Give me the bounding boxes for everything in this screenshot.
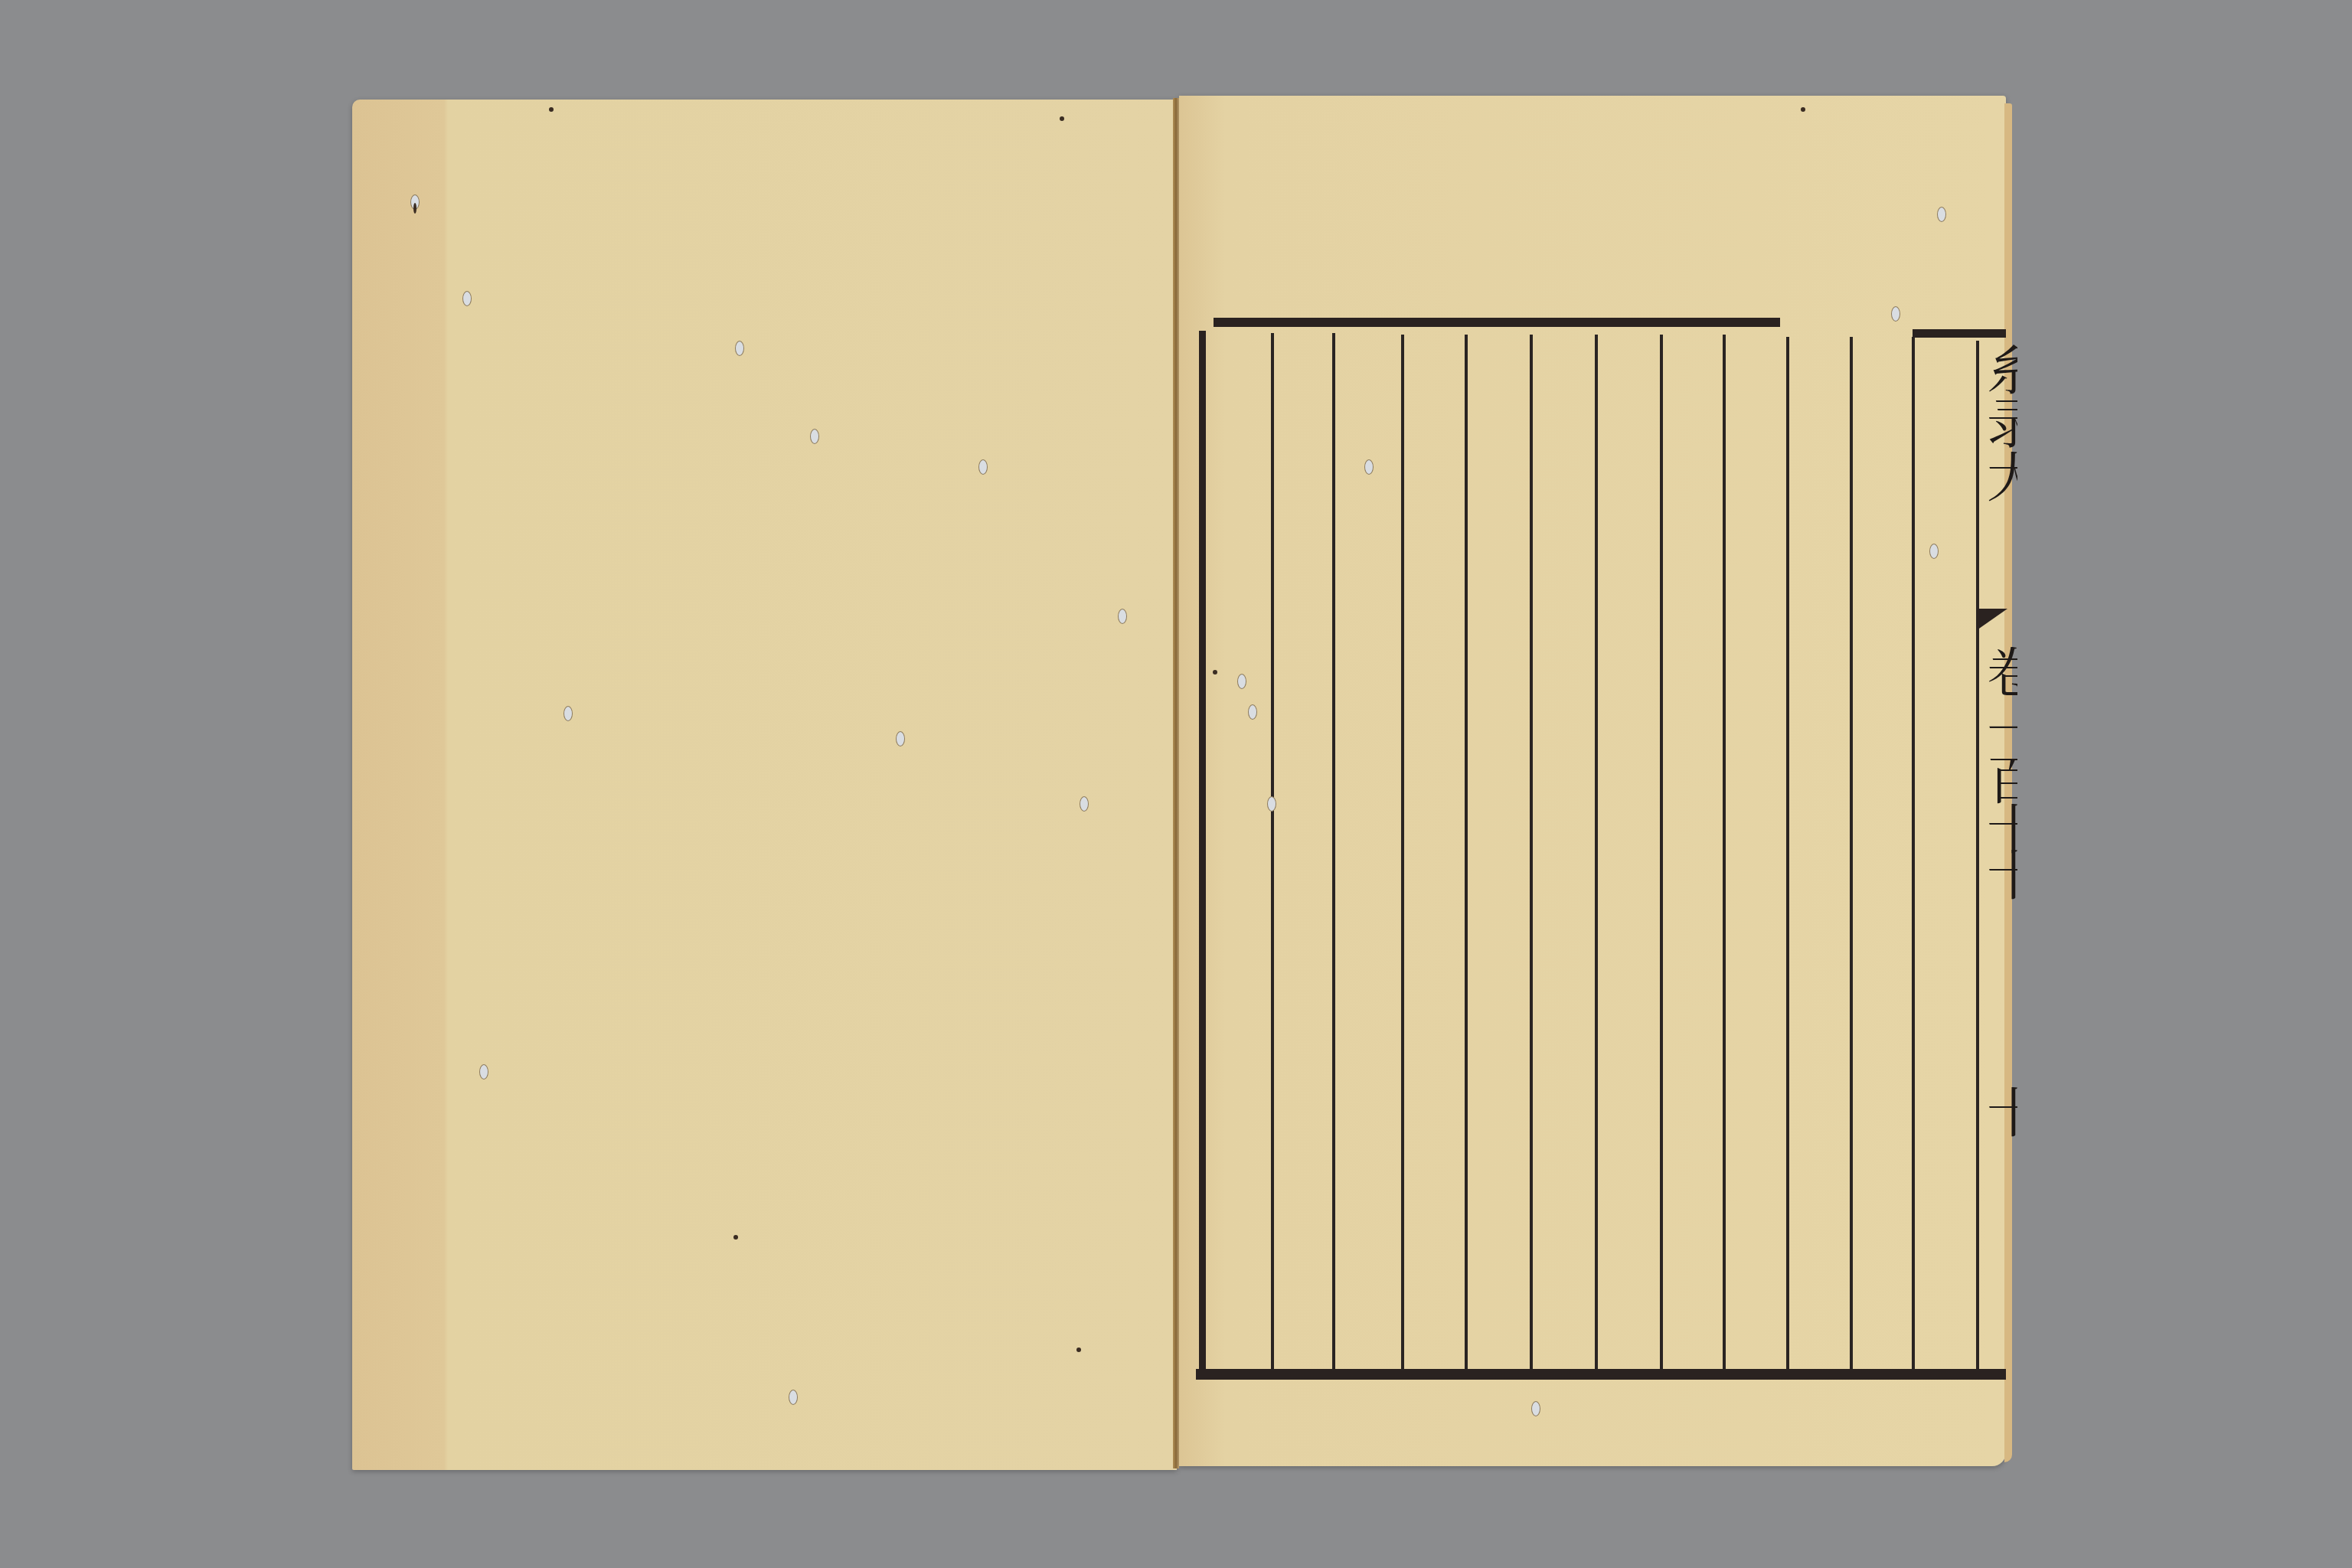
wormhole (1267, 796, 1276, 812)
wormhole (1248, 704, 1257, 720)
fold-frame-top-border (1913, 329, 2006, 338)
fold-char: 十 (1987, 1087, 2017, 1141)
fold-char: 百 (1987, 754, 2017, 808)
wormhole (1080, 796, 1089, 812)
fold-char: 卷 (1987, 647, 2017, 701)
ink-spot (733, 1235, 738, 1240)
right-page (1179, 96, 2006, 1466)
wormhole (1937, 207, 1946, 222)
wormhole (1891, 306, 1900, 322)
column-rule (1912, 337, 1915, 1370)
wormhole (1531, 1401, 1540, 1416)
wormhole (810, 429, 819, 444)
fold-char: 十 (1987, 850, 2017, 903)
column-rule (1332, 333, 1335, 1370)
column-rule (1660, 335, 1663, 1370)
fold-char: 糸 (1987, 345, 2017, 398)
wormhole (896, 731, 905, 746)
wormhole (789, 1390, 798, 1405)
ink-spot (1060, 116, 1064, 121)
ink-spot (1801, 107, 1805, 112)
book-gutter (1173, 98, 1179, 1468)
wormhole (1364, 459, 1374, 475)
ink-spot (1076, 1347, 1081, 1352)
fold-char: 录 (1987, 398, 2017, 452)
wormhole (563, 706, 573, 721)
column-rule (1723, 335, 1726, 1370)
ink-spot (549, 107, 554, 112)
fold-char: 一 (1987, 704, 2017, 758)
column-rule (1530, 335, 1533, 1370)
wormhole (462, 291, 472, 306)
wormhole (1237, 674, 1246, 689)
ink-spot (1213, 670, 1217, 675)
left-page (352, 100, 1177, 1470)
frame-bottom-border (1196, 1369, 2006, 1380)
wormhole (735, 341, 744, 356)
column-rule (1465, 335, 1468, 1370)
fold-margin-rule (1976, 341, 1979, 1370)
column-rule (1786, 337, 1789, 1370)
ink-spot (413, 203, 416, 214)
column-rule (1850, 337, 1853, 1370)
fish-tail-mark (1977, 609, 2007, 630)
wormhole (1118, 609, 1127, 624)
frame-left-border (1199, 331, 1206, 1380)
wormhole (1929, 544, 1939, 559)
frame-top-border (1214, 318, 1780, 327)
wormhole (479, 1064, 488, 1080)
fold-char: 大 (1987, 452, 2017, 505)
wormhole (978, 459, 988, 475)
column-rule (1595, 335, 1598, 1370)
column-rule (1271, 333, 1274, 1370)
column-rule (1401, 335, 1404, 1370)
